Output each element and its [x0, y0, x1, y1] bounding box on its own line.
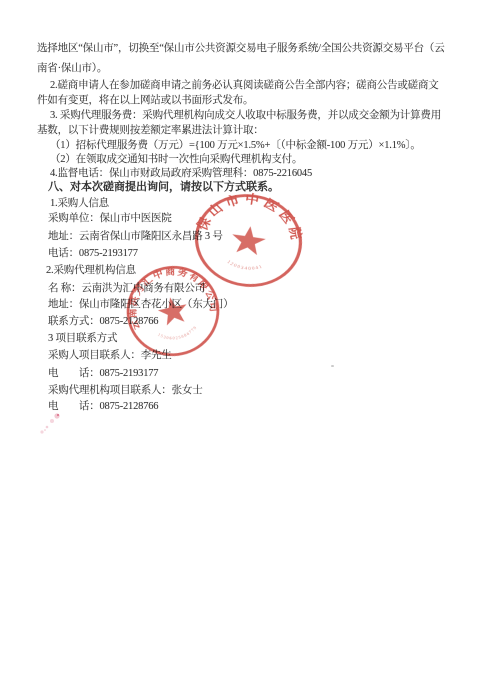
- agency-seal-stamp: 云南洪为汇中商务有限公司 15306025886779: [109, 249, 236, 374]
- text-line: （1）招标代理服务费（万元）={100 万元×1.5%+〔（中标金额-100 万…: [50, 140, 421, 152]
- text-line: 3. 采购代理服务费：采购代理机构向成交人收取中标服务费，并以成交金额为计算费用: [50, 110, 441, 122]
- text-line: 采购单位：保山市中医医院: [48, 213, 172, 225]
- ink-smudge: [36, 406, 70, 442]
- text-line: 采购代理机构项目联系人：张女士: [48, 385, 203, 397]
- text-line: 选择地区“保山市”，切换至“保山市公共资源交易电子服务系统/全国公共资源交易平台…: [37, 43, 445, 55]
- text-line: （2）在领取成交通知书时一次性向采购代理机构支付。: [50, 154, 302, 166]
- text-line: 3 项目联系方式: [48, 333, 117, 345]
- text-line: 4.监督电话：保山市财政局政府采购管理科：0875-2216045: [50, 168, 312, 180]
- star-icon: [230, 224, 267, 256]
- text-line: 电话：0875-2193177: [48, 248, 138, 260]
- text-line: 件如有变更，将在以上网站或以书面形式发布。: [37, 95, 253, 107]
- text-line: 南省·保山市）。: [37, 63, 107, 75]
- scanned-document-page: 选择地区“保山市”，切换至“保山市公共资源交易电子服务系统/全国公共资源交易平台…: [0, 0, 484, 695]
- text-line: 2.磋商申请人在参加磋商申请之前务必认真阅读磋商公告全部内容；磋商公告或磋商文: [50, 80, 439, 92]
- text-line: 1.采购人信息: [50, 198, 109, 210]
- seal-serial-number: 15306025886779: [156, 324, 199, 344]
- seal-serial-number: 1200340041: [225, 260, 265, 274]
- scan-speck: [331, 365, 334, 367]
- star-icon: [156, 294, 190, 326]
- text-line: 基数，以下计费规则按差额定率累进法计算计取：: [37, 125, 264, 137]
